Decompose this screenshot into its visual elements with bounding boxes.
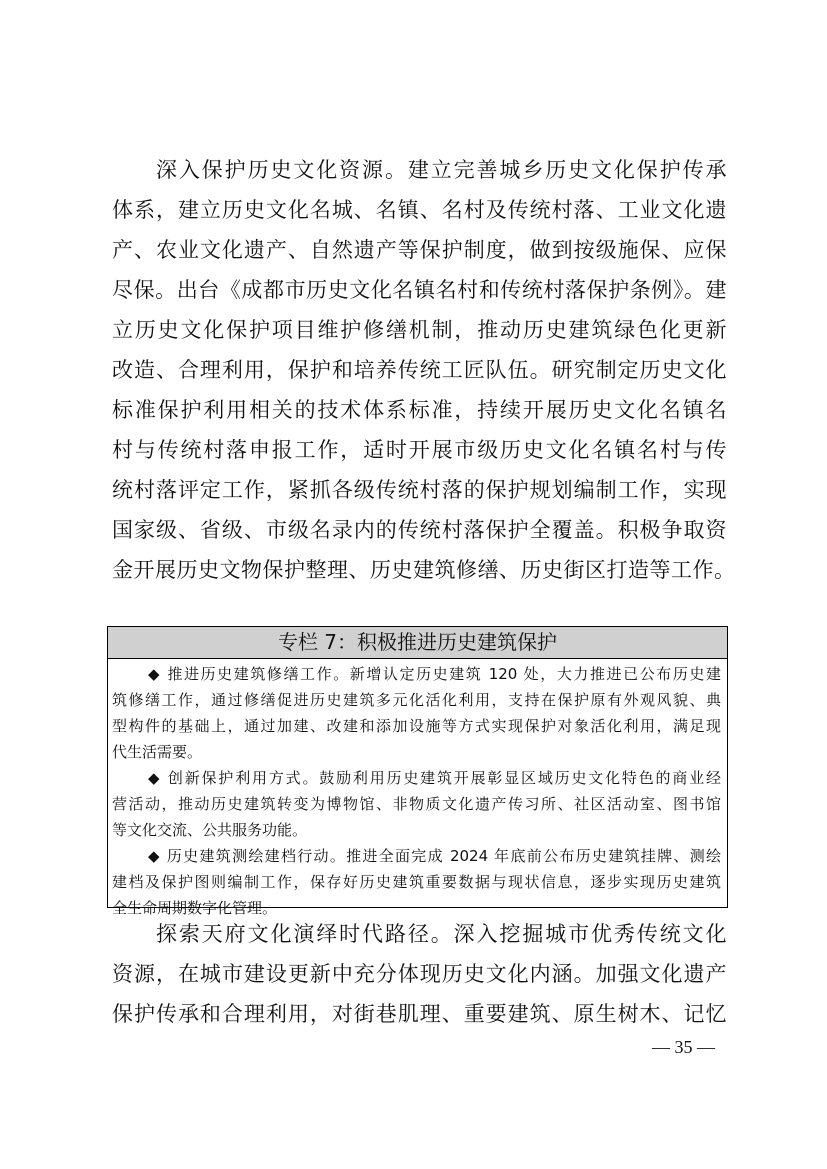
text-line: 金开展历史文物保护整理、历史建筑修缮、历史街区打造等工作。	[112, 550, 727, 590]
text-line: 深入保护历史文化资源。建立完善城乡历史文化保护传承	[112, 150, 727, 190]
text-line: 探索天府文化演绎时代路径。深入挖掘城市优秀传统文化	[112, 914, 727, 954]
text-line: 代生活需要。	[112, 739, 721, 765]
text-line: 改造、合理利用，保护和培养传统工匠队伍。研究制定历史文化	[112, 350, 727, 390]
paragraph-heritage-protection: 深入保护历史文化资源。建立完善城乡历史文化保护传承 体系，建立历史文化名城、名镇…	[112, 150, 727, 590]
page-number: — 35 —	[652, 1037, 715, 1058]
text-line: 等文化交流、公共服务功能。	[112, 817, 721, 843]
paragraph-tianfu-culture: 探索天府文化演绎时代路径。深入挖掘城市优秀传统文化 资源，在城市建设更新中充分体…	[112, 914, 727, 1034]
column-box-body: ◆ 推进历史建筑修缮工作。新增认定历史建筑 120 处，大力推进已公布历史建 筑…	[108, 659, 727, 921]
text-line: 资源，在城市建设更新中充分体现历史文化内涵。加强文化遗产	[112, 954, 727, 994]
text-line: 筑修缮工作，通过修缮促进历史建筑多元化活化利用，支持在保护原有外观风貌、典	[112, 687, 721, 713]
text-line: 村与传统村落申报工作，适时开展市级历史文化名镇名村与传	[112, 430, 727, 470]
text-line: 建档及保护图则编制工作，保存好历史建筑重要数据与现状信息，逐步实现历史建筑	[112, 869, 721, 895]
column-box-historic-buildings: 专栏 7：积极推进历史建筑保护 ◆ 推进历史建筑修缮工作。新增认定历史建筑 12…	[107, 626, 728, 908]
text-line: 产、农业文化遗产、自然遗产等保护制度，做到按级施保、应保	[112, 230, 727, 270]
text-line: 营活动，推动历史建筑转变为博物馆、非物质文化遗产传习所、社区活动室、图书馆	[112, 791, 721, 817]
text-line: 立历史文化保护项目维护修缮机制，推动历史建筑绿色化更新	[112, 310, 727, 350]
text-line: 保护传承和合理利用，对街巷肌理、重要建筑、原生树木、记忆	[112, 994, 727, 1034]
text-line: 标准保护利用相关的技术体系标准，持续开展历史文化名镇名	[112, 390, 727, 430]
text-line: 国家级、省级、市级名录内的传统村落保护全覆盖。积极争取资	[112, 510, 727, 550]
bullet-item-innovation: ◆ 创新保护利用方式。鼓励利用历史建筑开展彰显区域历史文化特色的商业经	[112, 765, 721, 791]
text-line: 统村落评定工作，紧抓各级传统村落的保护规划编制工作，实现	[112, 470, 727, 510]
column-box-title: 专栏 7：积极推进历史建筑保护	[108, 627, 727, 659]
text-line: 型构件的基础上，通过加建、改建和添加设施等方式实现保护对象活化利用，满足现	[112, 713, 721, 739]
text-line: 体系，建立历史文化名城、名镇、名村及传统村落、工业文化遗	[112, 190, 727, 230]
text-line: 尽保。出台《成都市历史文化名镇名村和传统村落保护条例》。建	[112, 270, 727, 310]
bullet-item-survey-archive: ◆ 历史建筑测绘建档行动。推进全面完成 2024 年底前公布历史建筑挂牌、测绘	[112, 843, 721, 869]
bullet-item-restoration: ◆ 推进历史建筑修缮工作。新增认定历史建筑 120 处，大力推进已公布历史建	[112, 661, 721, 687]
